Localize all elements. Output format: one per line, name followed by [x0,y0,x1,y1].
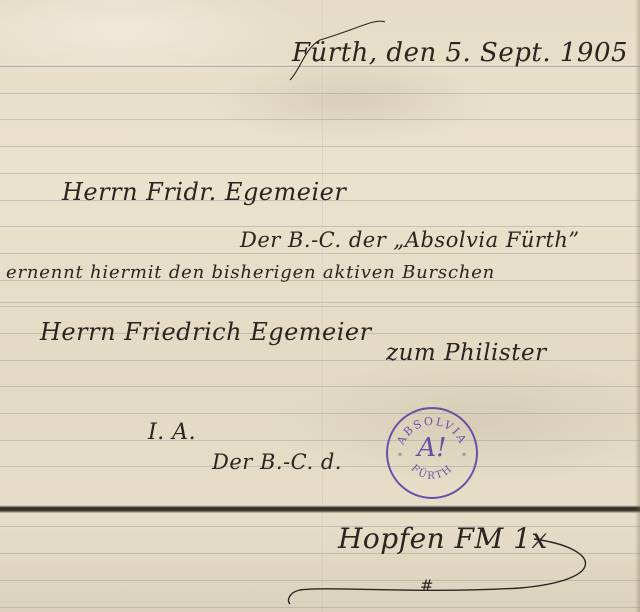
stamp-bottom-text: FÜRTH [409,463,456,482]
stamp-monogram: A! [388,433,476,463]
svg-text:FÜRTH: FÜRTH [409,463,456,482]
letter-page: Fürth, den 5. Sept. 1905 Herrn Fridr. Eg… [0,0,640,612]
club-stamp: ABSOLVIA FÜRTH * * A! [386,407,478,499]
signature-flourish [0,0,640,612]
